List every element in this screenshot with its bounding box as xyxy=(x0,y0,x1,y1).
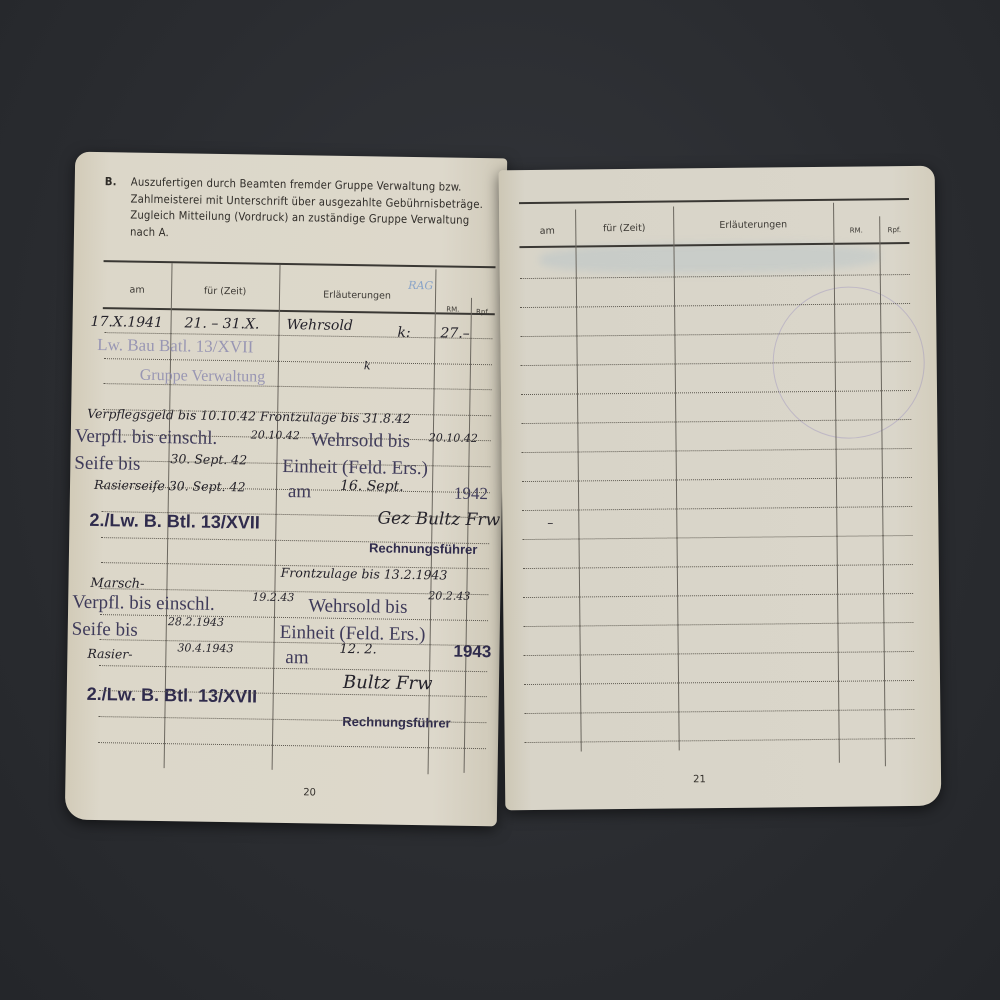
entry3-seife-label: Seife bis xyxy=(72,619,138,642)
entry2-am-value: 16. Sept. xyxy=(340,478,404,495)
entry3-rasier-value: 30.4.1943 xyxy=(177,641,233,655)
dotted-line xyxy=(522,506,912,511)
entry3-unit-stamp: 2./Lw. B. Btl. 13/XVII xyxy=(87,684,258,708)
entry1-code: k: xyxy=(397,325,410,341)
dotted-line xyxy=(524,680,914,685)
entry3-seife-value: 28.2.1943 xyxy=(168,615,224,629)
col-header-rpf: Rpf. xyxy=(879,226,909,234)
entry3-am-label: am xyxy=(285,647,309,669)
dotted-line xyxy=(523,593,913,598)
entry2-einheit-label: Einheit (Feld. Ers.) xyxy=(282,456,428,480)
entry2-verpfl-value: 20.10.42 xyxy=(251,428,300,442)
dash-mark: – xyxy=(547,516,553,530)
unit-stamp-faint: Lw. Bau Batl. 13/XVII xyxy=(97,335,253,357)
entry2-verpfl-label: Verpfl. bis einschl. xyxy=(75,426,218,450)
entry2-year: 1942 xyxy=(454,484,488,505)
entry3-signature: Bultz Frw xyxy=(343,672,433,694)
col-header-fuer-zeit: für (Zeit) xyxy=(171,285,279,298)
col-header-rm: RM. xyxy=(833,226,879,234)
entry2-seife-label: Seife bis xyxy=(74,453,140,476)
col-divider xyxy=(464,298,472,773)
header-rule-top xyxy=(519,198,909,204)
col-header-am: am xyxy=(103,284,171,296)
col-header-erlaeuterungen: Erläuterungen xyxy=(279,289,435,302)
entry2-wehrsold-label: Wehrsold bis xyxy=(311,429,411,453)
col-header-erlaeuterungen: Erläuterungen xyxy=(673,219,833,232)
page-number-right: 21 xyxy=(693,774,706,785)
entry2-signature: Gez Bultz Frw xyxy=(377,508,500,530)
entry3-verpfl-value: 19.2.43 xyxy=(252,590,294,604)
dotted-line xyxy=(522,448,912,453)
entry2-am-label: am xyxy=(288,481,312,503)
entry3-wehrsold-label: Wehrsold bis xyxy=(308,595,408,619)
entry1-fuer-zeit: 21. – 31.X. xyxy=(184,315,259,332)
dotted-line xyxy=(524,709,914,714)
entry1-am: 17.X.1941 xyxy=(90,314,163,331)
dotted-line xyxy=(520,274,910,279)
dotted-line xyxy=(523,564,913,569)
col-header-am: am xyxy=(519,226,575,238)
entry1-erlaeuterung: Wehrsold xyxy=(286,317,353,334)
entry2-seife-value: 30. Sept. 42 xyxy=(170,451,247,467)
instructions-label: B. xyxy=(105,174,117,191)
dotted-line xyxy=(523,535,913,540)
col-header-fuer-zeit: für (Zeit) xyxy=(575,222,673,234)
entry3-verpfl-label: Verpfl. bis einschl. xyxy=(72,592,215,616)
left-page: B. Auszufertigen durch Beamten fremder G… xyxy=(65,152,507,827)
dotted-line xyxy=(522,477,912,482)
page-number-left: 20 xyxy=(303,787,316,798)
dotted-line xyxy=(523,622,913,627)
entry3-rasier: Rasier- xyxy=(87,646,132,662)
entry1-rm: 27.– xyxy=(440,325,470,341)
right-page: am für (Zeit) Erläuterungen RM. Rpf. – 2… xyxy=(499,166,942,811)
instructions-block: B. Auszufertigen durch Beamten fremder G… xyxy=(106,174,499,246)
dotted-line xyxy=(525,738,915,743)
header-rule-top xyxy=(104,260,496,268)
entry3-wehrsold-value: 20.2.43 xyxy=(428,589,470,603)
entry2-wehrsold-value: 20.10.42 xyxy=(429,431,478,445)
dotted-line xyxy=(524,651,914,656)
